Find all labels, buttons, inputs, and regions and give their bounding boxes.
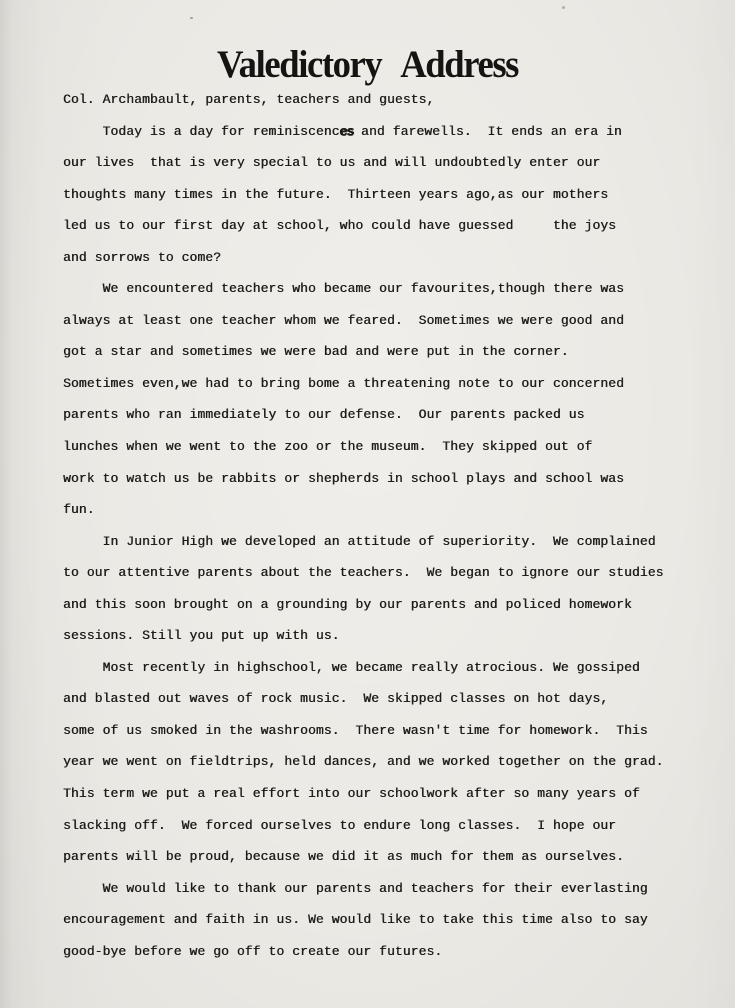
scan-speck <box>562 6 565 9</box>
text-line: slacking off. We forced ourselves to end… <box>63 810 703 842</box>
text-line: led us to our first day at school, who c… <box>63 210 703 242</box>
text-line: We would like to thank our parents and t… <box>63 873 703 905</box>
text-line: and sorrows to come? <box>63 242 703 274</box>
text-line: This term we put a real effort into our … <box>63 778 703 810</box>
document-body: Col. Archambault, parents, teachers and … <box>63 84 703 967</box>
text-line: Today is a day for reminiscences and far… <box>63 116 703 148</box>
document-title: Valedictory Address <box>22 42 713 87</box>
text-line: sessions. Still you put up with us. <box>63 620 703 652</box>
text-line: our lives that is very special to us and… <box>63 147 703 179</box>
text-line: to our attentive parents about the teach… <box>63 557 703 589</box>
text-line: good-bye before we go off to create our … <box>63 936 703 968</box>
text-line: some of us smoked in the washrooms. Ther… <box>63 715 703 747</box>
text-segment: Today is a day for reminiscenc <box>63 124 340 139</box>
text-line: work to watch us be rabbits or shepherds… <box>63 463 703 495</box>
text-line: always at least one teacher whom we fear… <box>63 305 703 337</box>
text-line: and this soon brought on a grounding by … <box>63 589 703 621</box>
text-line: thoughts many times in the future. Thirt… <box>63 179 703 211</box>
text-line: parents who ran immediately to our defen… <box>63 399 703 431</box>
scan-speck <box>190 17 193 19</box>
text-line: Most recently in highschool, we became r… <box>63 652 703 684</box>
text-line: encouragement and faith in us. We would … <box>63 904 703 936</box>
text-line: got a star and sometimes we were bad and… <box>63 336 703 368</box>
text-line: and blasted out waves of rock music. We … <box>63 683 703 715</box>
text-line: year we went on fieldtrips, held dances,… <box>63 746 703 778</box>
scanned-document-page: { "colors": { "paper": "#ebe9e4", "ink":… <box>0 0 735 1008</box>
text-line: In Junior High we developed an attitude … <box>63 526 703 558</box>
text-line: We encountered teachers who became our f… <box>63 273 703 305</box>
text-line: parents will be proud, because we did it… <box>63 841 703 873</box>
overtyped-correction: es <box>340 124 354 139</box>
text-line: Sometimes even,we had to bring bome a th… <box>63 368 703 400</box>
salutation-line: Col. Archambault, parents, teachers and … <box>63 84 703 116</box>
text-line: lunches when we went to the zoo or the m… <box>63 431 703 463</box>
text-line: fun. <box>63 494 703 526</box>
text-segment: and farewells. It ends an era in <box>353 124 622 139</box>
